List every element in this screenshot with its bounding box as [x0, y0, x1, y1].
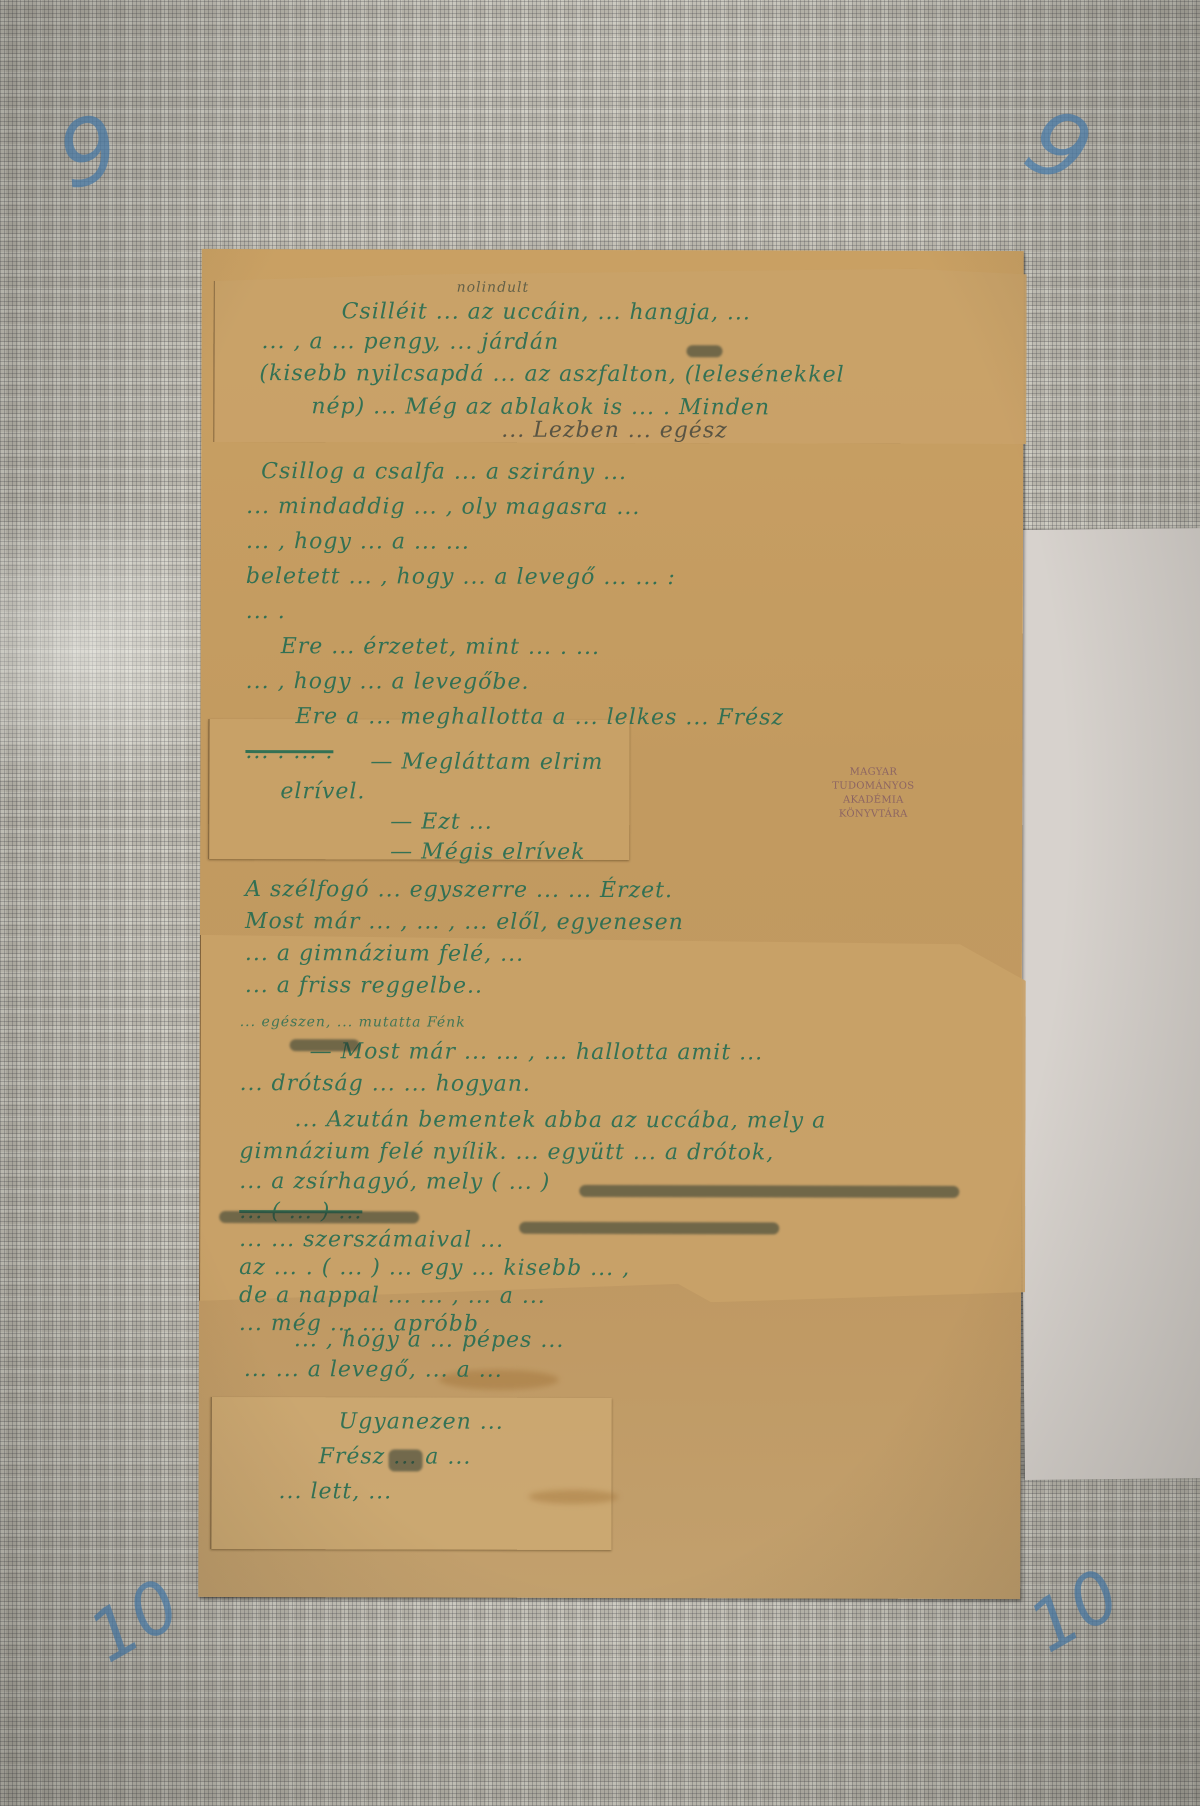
handwritten-line: Csillog a csalfa ... a szirány ... — [261, 459, 627, 485]
stain — [528, 1490, 618, 1504]
handwritten-line: Ere ... érzetet, mint ... . ... — [281, 634, 600, 660]
ink-smudge — [519, 1222, 779, 1235]
handwritten-line: — Mégis elrívek — [390, 839, 585, 865]
handwritten-line: — Megláttam elrim — [370, 749, 603, 775]
stamp-line: KÖNYVTÁRA — [808, 808, 938, 822]
corner-mark-bottom-right: 10 — [1015, 1553, 1133, 1669]
handwritten-line: ... , a ... pengy, ... járdán — [261, 329, 559, 355]
handwritten-line: ... ... a levegő, ... a ... — [244, 1357, 503, 1383]
corner-mark-bottom-left: 10 — [75, 1563, 193, 1679]
handwritten-line: Ugyanezen ... — [339, 1409, 504, 1434]
handwritten-line: ... . ... . — [245, 739, 333, 764]
handwritten-line: ... a gimnázium felé, ... — [245, 941, 524, 967]
handwritten-line: ... a zsírhagyó, mely ( ... ) — [239, 1169, 550, 1195]
handwritten-line: ... , hogy a ... pépes ... — [294, 1327, 565, 1353]
handwritten-line: beletett ... , hogy ... a levegő ... ...… — [246, 564, 676, 590]
corner-mark-top-right: 9 — [1010, 88, 1106, 207]
handwritten-line: ... drótság ... ... hogyan. — [240, 1071, 531, 1097]
handwritten-line: ... , hogy ... a ... ... — [246, 529, 470, 555]
handwritten-line: nép) ... Még az ablakok is ... . Minden — [311, 394, 770, 420]
handwritten-line: Most már ... , ... , ... elől, egyenesen — [245, 909, 684, 935]
handwritten-line: ... ... szerszámaival ... — [239, 1227, 504, 1253]
ink-smudge — [686, 345, 722, 357]
handwritten-line: elrível. — [280, 779, 365, 804]
handwritten-line: ... . — [246, 599, 286, 624]
handwritten-line: ... a friss reggelbe.. — [245, 973, 483, 999]
stamp-line: MAGYAR — [808, 766, 938, 780]
ink-smudge — [219, 1211, 419, 1224]
handwritten-line: ... egészen, ... mutatta Fénk — [240, 1014, 466, 1031]
ink-smudge — [389, 1449, 423, 1471]
ink-smudge — [579, 1185, 959, 1198]
manuscript-page: nolindult Csilléit ... az uccáin, ... ha… — [198, 249, 1024, 1599]
handwritten-line: ... , hogy ... a levegőbe. — [246, 669, 530, 695]
handwritten-line: A szélfogó ... egyszerre ... ... Érzet. — [245, 877, 673, 903]
handwritten-line: — Ezt ... — [390, 809, 493, 834]
handwritten-line: ... mindaddig ... , oly magasra ... — [246, 494, 640, 520]
handwritten-line: (kisebb nyilcsapdá ... az aszfalton, (le… — [259, 361, 844, 388]
handwritten-line: az ... . ( ... ) ... egy ... kisebb ... … — [239, 1255, 630, 1281]
handwritten-line: — Most már ... ... , ... hallotta amit .… — [310, 1039, 764, 1065]
handwritten-line: ... Lezben ... egész — [501, 418, 728, 444]
stamp-line: TUDOMÁNYOS AKADÉMIA — [808, 780, 938, 808]
handwritten-line: gimnázium felé nyílik. ... együtt ... a … — [239, 1139, 774, 1165]
handwritten-line: ... Azután bementek abba az uccába, mely… — [294, 1107, 826, 1133]
handwritten-line: ... lett, ... — [278, 1479, 392, 1504]
ink-smudge — [290, 1039, 360, 1051]
corner-mark-top-left: 9 — [47, 94, 129, 210]
handwritten-line: Csilléit ... az uccáin, ... hangja, ... — [342, 299, 751, 325]
handwritten-line: nolindult — [457, 280, 530, 296]
handwritten-line: Ere a ... meghallotta a ... lelkes ... F… — [296, 704, 785, 730]
handwritten-line: de a nappal ... ... , ... a ... — [239, 1283, 546, 1309]
library-stamp: MAGYAR TUDOMÁNYOS AKADÉMIA KÖNYVTÁRA — [808, 766, 938, 822]
white-card — [1015, 528, 1200, 1480]
